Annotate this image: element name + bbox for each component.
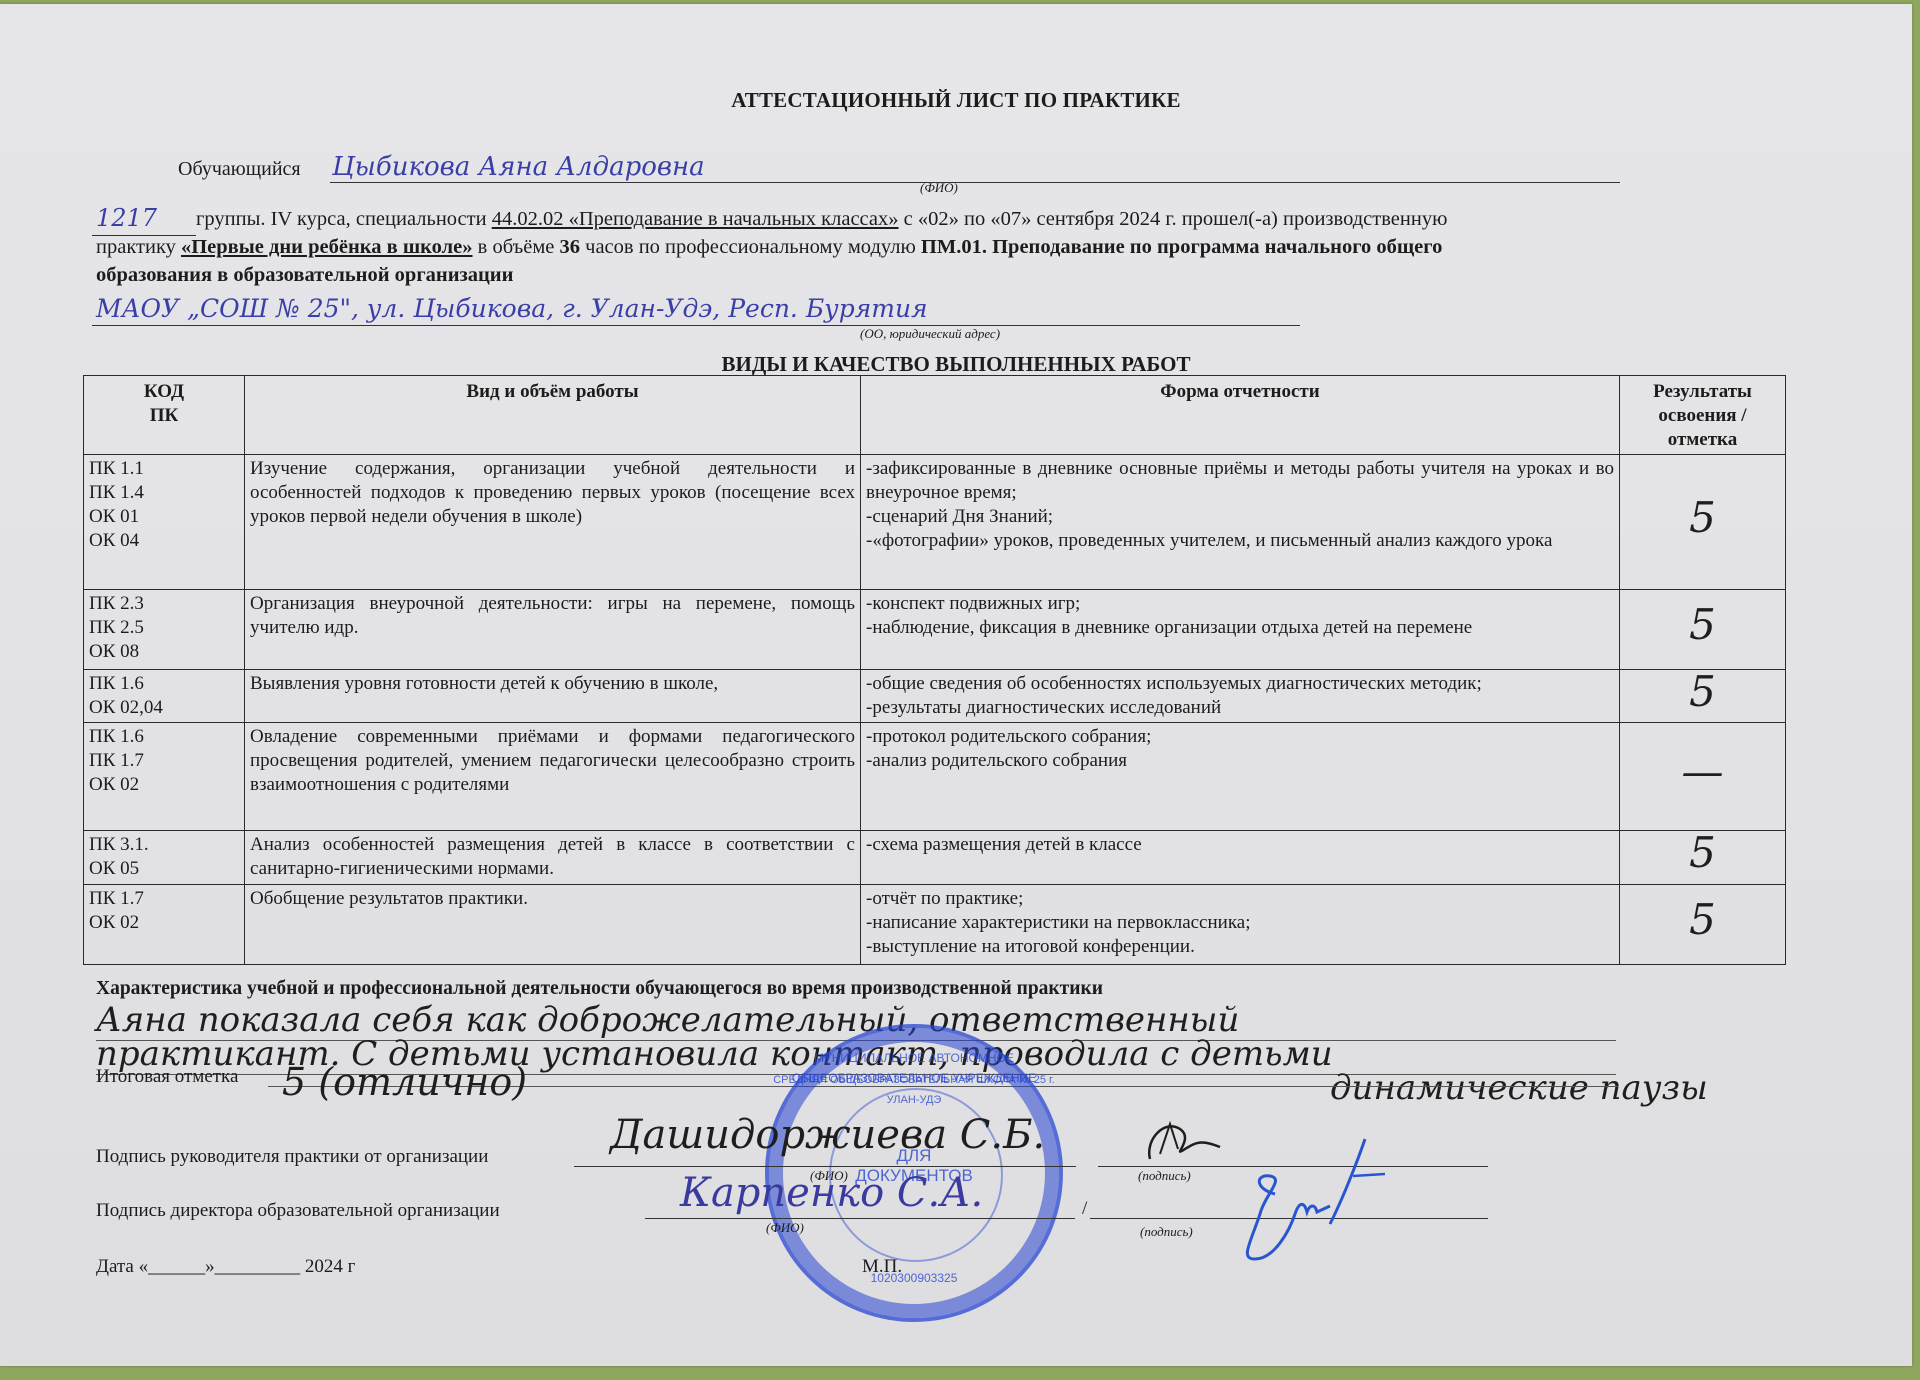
works-table: КОД ПК Вид и объём работы Форма отчетнос… — [83, 375, 1786, 965]
header-result: Результаты освоения / отметка — [1620, 376, 1786, 455]
works-heading: ВИДЫ И КАЧЕСТВО ВЫПОЛНЕННЫХ РАБОТ — [0, 352, 1912, 377]
competency-code: ОК 02,04 — [89, 696, 239, 720]
supervisor-name-line — [574, 1166, 1076, 1167]
competency-codes: ПК 1.1ПК 1.4ОК 01ОК 04 — [84, 455, 245, 590]
report-forms: -конспект подвижных игр;-наблюдение, фик… — [861, 590, 1620, 670]
module-name-cont: образования в образовательной организаци… — [96, 264, 513, 286]
table-row: ПК 3.1.ОК 05Анализ особенностей размещен… — [84, 831, 1786, 885]
report-forms: -зафиксированные в дневнике основные при… — [861, 455, 1620, 590]
organization-address: МАОУ „СОШ № 25", ул. Цыбикова, г. Улан-У… — [96, 294, 928, 323]
director-label: Подпись директора образовательной органи… — [96, 1200, 500, 1222]
report-form-item: -результаты диагностических исследований — [866, 696, 1614, 720]
work-description: Организация внеурочной деятельности: игр… — [245, 590, 861, 670]
paragraph-text: в объёме — [473, 236, 560, 258]
table-row: ПК 1.7ОК 02Обобщение результатов практик… — [84, 885, 1786, 965]
header-form: Форма отчетности — [861, 376, 1620, 455]
student-name: Цыбикова Аяна Алдаровна — [332, 152, 705, 182]
paragraph-text: группы. IV курса, специальности — [196, 208, 492, 230]
report-form-item: -общие сведения об особенностях использу… — [866, 672, 1614, 696]
paragraph-text: часов по профессиональному модулю — [580, 236, 921, 258]
competency-code: ПК 3.1. — [89, 833, 239, 857]
competency-code: ОК 02 — [89, 911, 239, 935]
paragraph-text: с «02» по «07» сентября 2024 г. прошел(-… — [899, 208, 1448, 230]
stamp-ogrn: 1020300903325 — [769, 1268, 1059, 1288]
competency-codes: ПК 1.6ПК 1.7ОК 02 — [84, 723, 245, 831]
practice-name: «Первые дни ребёнка в школе» — [181, 236, 473, 258]
supervisor-label: Подпись руководителя практики от организ… — [96, 1146, 488, 1168]
grade-value: 5 — [1689, 667, 1716, 716]
specialty: 44.02.02 «Преподавание в начальных класс… — [492, 208, 899, 230]
supervisor-signature-icon — [1140, 1109, 1230, 1169]
grade-cell: — — [1620, 723, 1786, 831]
report-forms: -общие сведения об особенностях использу… — [861, 670, 1620, 723]
table-row: ПК 2.3ПК 2.5ОК 08Организация внеурочной … — [84, 590, 1786, 670]
header-code-line: КОД — [89, 380, 239, 404]
competency-code: ОК 04 — [89, 529, 239, 553]
competency-code: ОК 01 — [89, 505, 239, 529]
supervisor-signature-hint: (подпись) — [1138, 1168, 1191, 1184]
grade-value: 5 — [1689, 600, 1716, 649]
report-form-item: -анализ родительского собрания — [866, 749, 1614, 773]
group-number: 1217 — [96, 204, 157, 232]
report-form-item: -схема размещения детей в классе — [866, 833, 1614, 857]
report-form-item: -протокол родительского собрания; — [866, 725, 1614, 749]
paragraph-text: практику — [96, 236, 181, 258]
work-description: Обобщение результатов практики. — [245, 885, 861, 965]
competency-code: ОК 05 — [89, 857, 239, 881]
student-name-line — [330, 182, 1620, 183]
competency-code: ОК 08 — [89, 640, 239, 664]
competency-code: ПК 2.5 — [89, 616, 239, 640]
competency-code: ПК 1.1 — [89, 457, 239, 481]
supervisor-name: Дашидоржиева С.Б. — [610, 1112, 1045, 1158]
director-signature-hint: (подпись) — [1140, 1224, 1193, 1240]
table-header-row: КОД ПК Вид и объём работы Форма отчетнос… — [84, 376, 1786, 455]
director-signature-icon — [1235, 1134, 1385, 1274]
organization-line — [92, 325, 1300, 326]
report-forms: -отчёт по практике;-написание характерис… — [861, 885, 1620, 965]
competency-codes: ПК 1.6ОК 02,04 — [84, 670, 245, 723]
competency-code: ПК 1.7 — [89, 749, 239, 773]
grade-value: — — [1682, 747, 1724, 796]
final-grade-value: 5 (отлично) — [282, 1060, 527, 1104]
grade-cell: 5 — [1620, 455, 1786, 590]
work-description: Выявления уровня готовности детей к обуч… — [245, 670, 861, 723]
competency-codes: ПК 1.7ОК 02 — [84, 885, 245, 965]
report-form-item: -конспект подвижных игр; — [866, 592, 1614, 616]
table-row: ПК 1.6ПК 1.7ОК 02Овладение современными … — [84, 723, 1786, 831]
report-forms: -схема размещения детей в классе — [861, 831, 1620, 885]
competency-codes: ПК 2.3ПК 2.5ОК 08 — [84, 590, 245, 670]
competency-code: ПК 1.7 — [89, 887, 239, 911]
seal-label: М.П. — [862, 1256, 902, 1278]
grade-cell: 5 — [1620, 885, 1786, 965]
header-code-line: ПК — [89, 404, 239, 428]
final-grade-label: Итоговая отметка — [96, 1066, 238, 1088]
director-fio-hint: (ФИО) — [766, 1220, 804, 1236]
director-name-line — [645, 1218, 1075, 1219]
date-field: Дата «______»_________ 2024 г — [96, 1256, 355, 1278]
grade-value: 5 — [1689, 493, 1716, 542]
header-result-line: Результаты — [1625, 380, 1780, 404]
header-result-line: освоения / — [1625, 404, 1780, 428]
report-form-item: -отчёт по практике; — [866, 887, 1614, 911]
work-description: Изучение содержания, организации учебной… — [245, 455, 861, 590]
stamp-school-text: СРЕДНЯЯ ОБЩЕОБРАЗОВАТЕЛЬНАЯ ШКОЛА № 25 г… — [769, 1070, 1059, 1110]
fio-hint: (ФИО) — [920, 180, 958, 196]
grade-cell: 5 — [1620, 590, 1786, 670]
paragraph-line-3: образования в образовательной организаци… — [96, 262, 513, 289]
characteristic-line-3: динамические паузы — [1330, 1068, 1708, 1108]
competency-codes: ПК 3.1.ОК 05 — [84, 831, 245, 885]
report-forms: -протокол родительского собрания;-анализ… — [861, 723, 1620, 831]
competency-code: ПК 2.3 — [89, 592, 239, 616]
competency-code: ПК 1.4 — [89, 481, 239, 505]
report-form-item: -зафиксированные в дневнике основные при… — [866, 457, 1614, 505]
header-code: КОД ПК — [84, 376, 245, 455]
practice-hours: 36 — [560, 236, 581, 258]
works-table-body: ПК 1.1ПК 1.4ОК 01ОК 04Изучение содержани… — [84, 455, 1786, 965]
organization-hint: (ОО, юридический адрес) — [860, 326, 1000, 342]
characteristic-heading: Характеристика учебной и профессионально… — [96, 978, 1103, 1000]
paragraph-line-2: практику «Первые дни ребёнка в школе» в … — [96, 234, 1442, 261]
report-form-item: -сценарий Дня Знаний; — [866, 505, 1614, 529]
director-name: Карпенко С.А. — [680, 1170, 983, 1216]
grade-cell: 5 — [1620, 831, 1786, 885]
grade-value: 5 — [1689, 895, 1716, 944]
paragraph-line-1: группы. IV курса, специальности 44.02.02… — [196, 206, 1447, 233]
competency-code: ОК 02 — [89, 773, 239, 797]
work-description: Анализ особенностей размещения детей в к… — [245, 831, 861, 885]
grade-value: 5 — [1689, 828, 1716, 877]
competency-code: ПК 1.6 — [89, 672, 239, 696]
document-title: АТТЕСТАЦИОННЫЙ ЛИСТ ПО ПРАКТИКЕ — [0, 88, 1912, 113]
table-row: ПК 1.1ПК 1.4ОК 01ОК 04Изучение содержани… — [84, 455, 1786, 590]
report-form-item: -наблюдение, фиксация в дневнике организ… — [866, 616, 1614, 640]
module-name: ПМ.01. Преподавание по программа начальн… — [921, 236, 1442, 258]
report-form-item: -написание характеристики на первоклассн… — [866, 911, 1614, 935]
work-description: Овладение современными приёмами и формам… — [245, 723, 861, 831]
competency-code: ПК 1.6 — [89, 725, 239, 749]
header-work: Вид и объём работы — [245, 376, 861, 455]
slash-separator: / — [1082, 1198, 1087, 1220]
header-result-line: отметка — [1625, 428, 1780, 452]
table-row: ПК 1.6ОК 02,04Выявления уровня готовност… — [84, 670, 1786, 723]
grade-cell: 5 — [1620, 670, 1786, 723]
report-form-item: -выступление на итоговой конференции. — [866, 935, 1614, 959]
student-label: Обучающийся — [178, 158, 301, 181]
document-page: АТТЕСТАЦИОННЫЙ ЛИСТ ПО ПРАКТИКЕ Обучающи… — [0, 4, 1912, 1366]
report-form-item: -«фотографии» уроков, проведенных учител… — [866, 529, 1614, 553]
